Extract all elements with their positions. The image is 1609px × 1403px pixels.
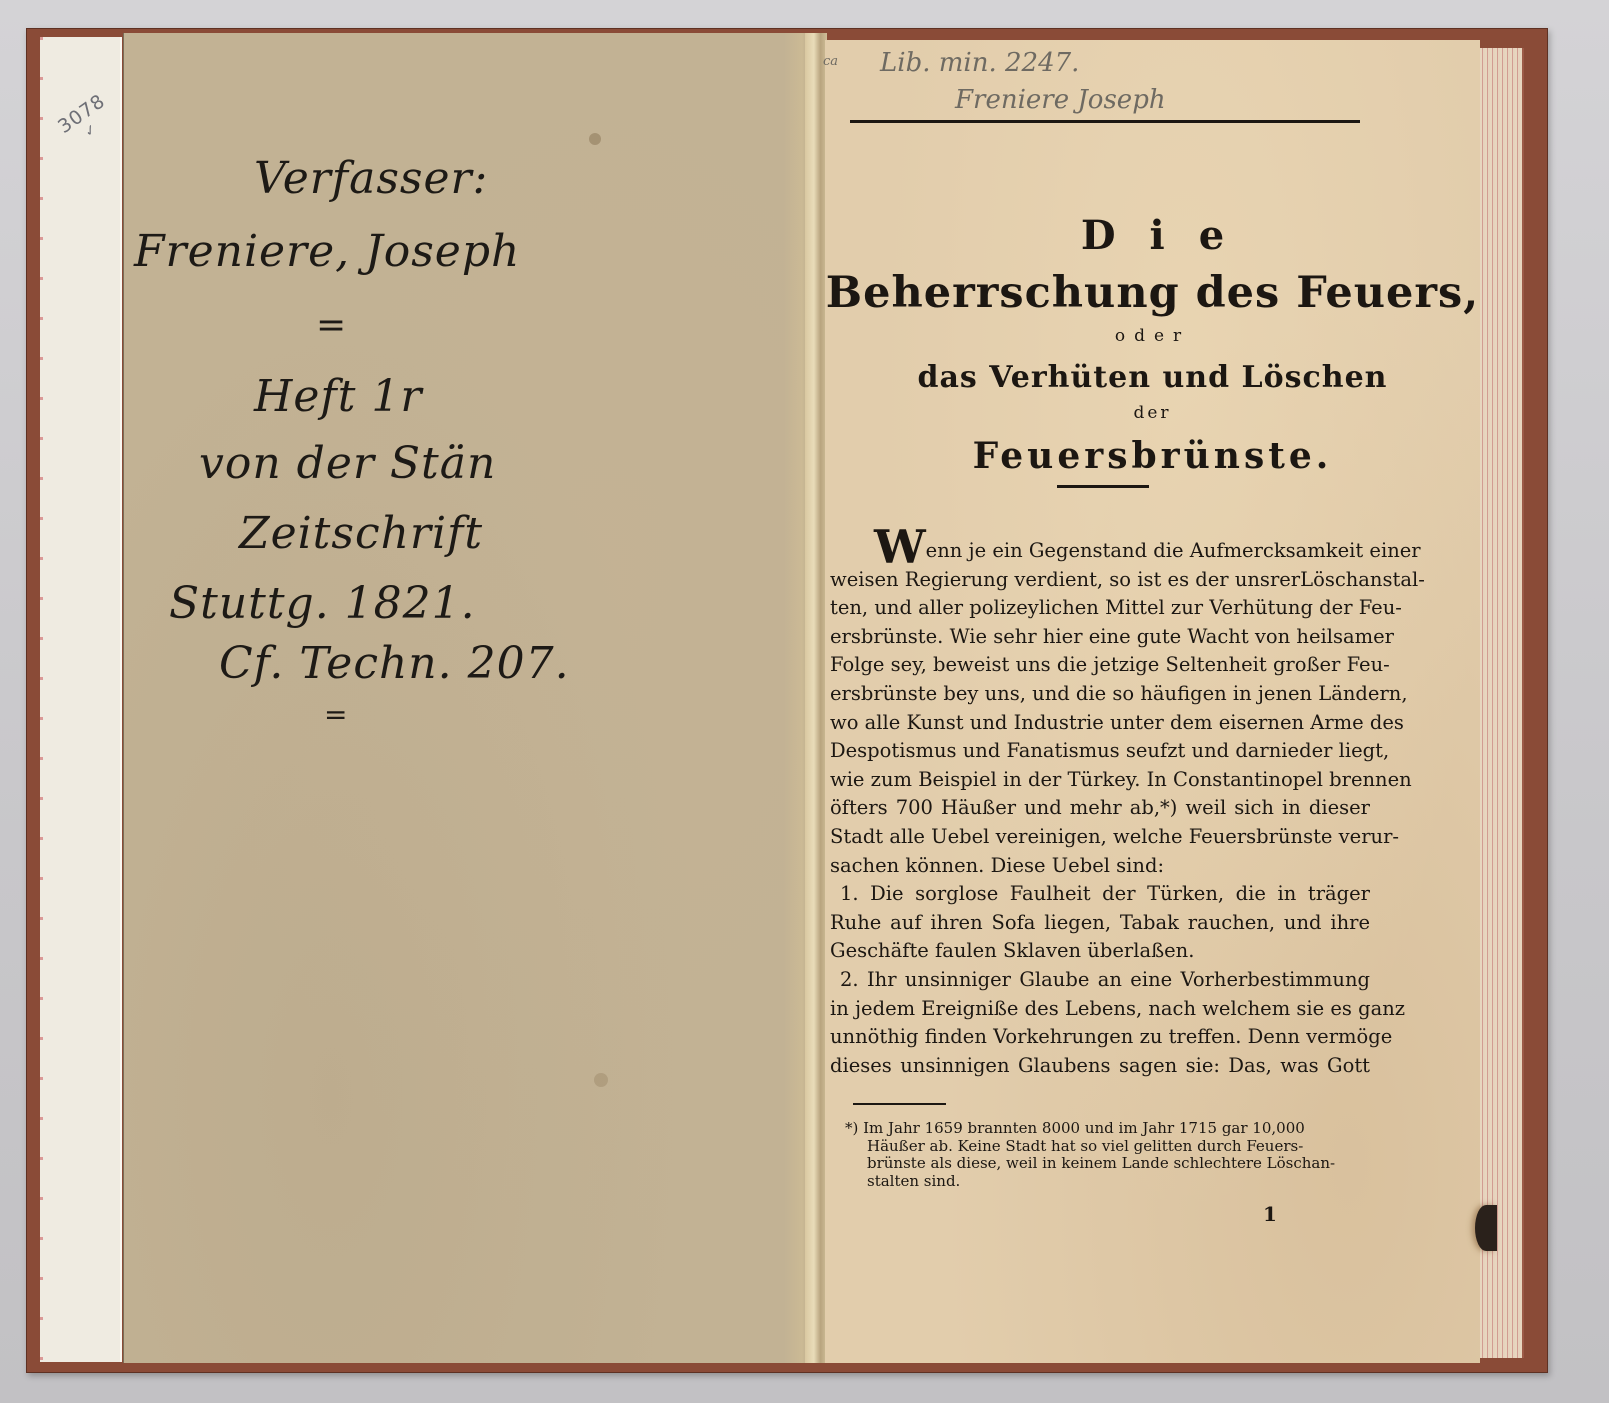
text-line: wo alle Kunst und Industrie unter dem ei… — [830, 709, 1370, 738]
footnote-line: brünste als diese, weil in keinem Lande … — [845, 1155, 1365, 1173]
title-der: der — [825, 403, 1480, 423]
pencil-catalog-number: Lib. min. 2247. — [880, 48, 1079, 78]
text-line: ten, und aller polizeylichen Mittel zur … — [830, 594, 1370, 623]
hw-line: Zeitschrift — [239, 508, 483, 559]
book-gutter — [805, 33, 827, 1363]
hw-line: = — [324, 698, 348, 731]
text-line: öfters 700 Häußer und mehr ab,*) weil si… — [830, 794, 1370, 823]
page-number: 1 — [1263, 1202, 1277, 1226]
right-page-title-page: ca Lib. min. 2247. Freniere Joseph Die B… — [825, 40, 1480, 1363]
hw-line: von der Stän — [199, 438, 496, 489]
text-line: Stadt alle Uebel vereinigen, welche Feue… — [830, 823, 1370, 852]
text-line: ersbrünste. Wie sehr hier eine gute Wach… — [830, 623, 1370, 652]
burn-mark — [1475, 1205, 1497, 1251]
list-item-1: 1. Die sorglose Faulheit der Türken, die… — [830, 880, 1370, 909]
hw-line: = — [316, 305, 347, 346]
footnote: *) Im Jahr 1659 brannten 8000 und im Jah… — [845, 1120, 1365, 1190]
pencil-mark: ca — [823, 54, 838, 69]
hw-line: Freniere, Joseph — [134, 226, 520, 277]
text-line: Despotismus und Fanatismus seufzt und da… — [830, 737, 1370, 766]
hw-line: Verfasser: — [254, 153, 488, 204]
text-line: Wenn je ein Gegenstand die Aufmercksamke… — [830, 537, 1370, 566]
footnote-rule — [853, 1103, 946, 1105]
text-line: weisen Regierung verdient, so ist es der… — [830, 566, 1370, 595]
text-line: unnöthig finden Vorkehrungen zu treffen.… — [830, 1023, 1370, 1052]
text-line: sachen können. Diese Uebel sind: — [830, 852, 1370, 881]
title-main: Beherrschung des Feuers, — [825, 268, 1480, 318]
hw-line: Heft 1r — [254, 371, 422, 422]
page-block-edges — [1480, 48, 1524, 1358]
footnote-line: Häußer ab. Keine Stadt hat so viel gelit… — [845, 1138, 1365, 1156]
text-line: in jedem Ereigniße des Lebens, nach welc… — [830, 995, 1370, 1024]
footnote-line: stalten sind. — [845, 1173, 1365, 1191]
footnote-line: *) Im Jahr 1659 brannten 8000 und im Jah… — [845, 1120, 1365, 1138]
text-line: wie zum Beispiel in der Türkey. In Const… — [830, 766, 1370, 795]
hw-line: Cf. Techn. 207. — [219, 638, 570, 689]
text-line: Folge sey, beweist uns die jetzige Selte… — [830, 651, 1370, 680]
title-oder: oder — [825, 326, 1480, 346]
text-line: dieses unsinnigen Glaubens sagen sie: Da… — [830, 1052, 1370, 1081]
red-edge-marks — [40, 37, 43, 1362]
body-text: Wenn je ein Gegenstand die Aufmercksamke… — [830, 537, 1370, 1080]
title-divider — [1057, 485, 1149, 488]
title-feuersbruenste: Feuersbrünste. — [825, 435, 1480, 477]
header-rule — [850, 120, 1360, 123]
text-line: Ruhe auf ihren Sofa liegen, Tabak rauche… — [830, 909, 1370, 938]
list-item-2: 2. Ihr unsinniger Glaube an eine Vorherb… — [830, 966, 1370, 995]
endpaper-strip — [40, 37, 122, 1362]
hw-line: Stuttg. 1821. — [169, 578, 476, 629]
handwritten-note: Verfasser: Freniere, Joseph = Heft 1r vo… — [124, 33, 814, 1363]
text-line: Geschäfte faulen Sklaven überlaßen. — [830, 937, 1370, 966]
title-die: Die — [825, 212, 1480, 259]
pencil-author-name: Freniere Joseph — [955, 85, 1166, 115]
text-line: ersbrünste bey uns, und die so häufigen … — [830, 680, 1370, 709]
title-subtitle: das Verhüten und Löschen — [825, 360, 1480, 395]
left-page-flyleaf: Verfasser: Freniere, Joseph = Heft 1r vo… — [123, 33, 814, 1363]
